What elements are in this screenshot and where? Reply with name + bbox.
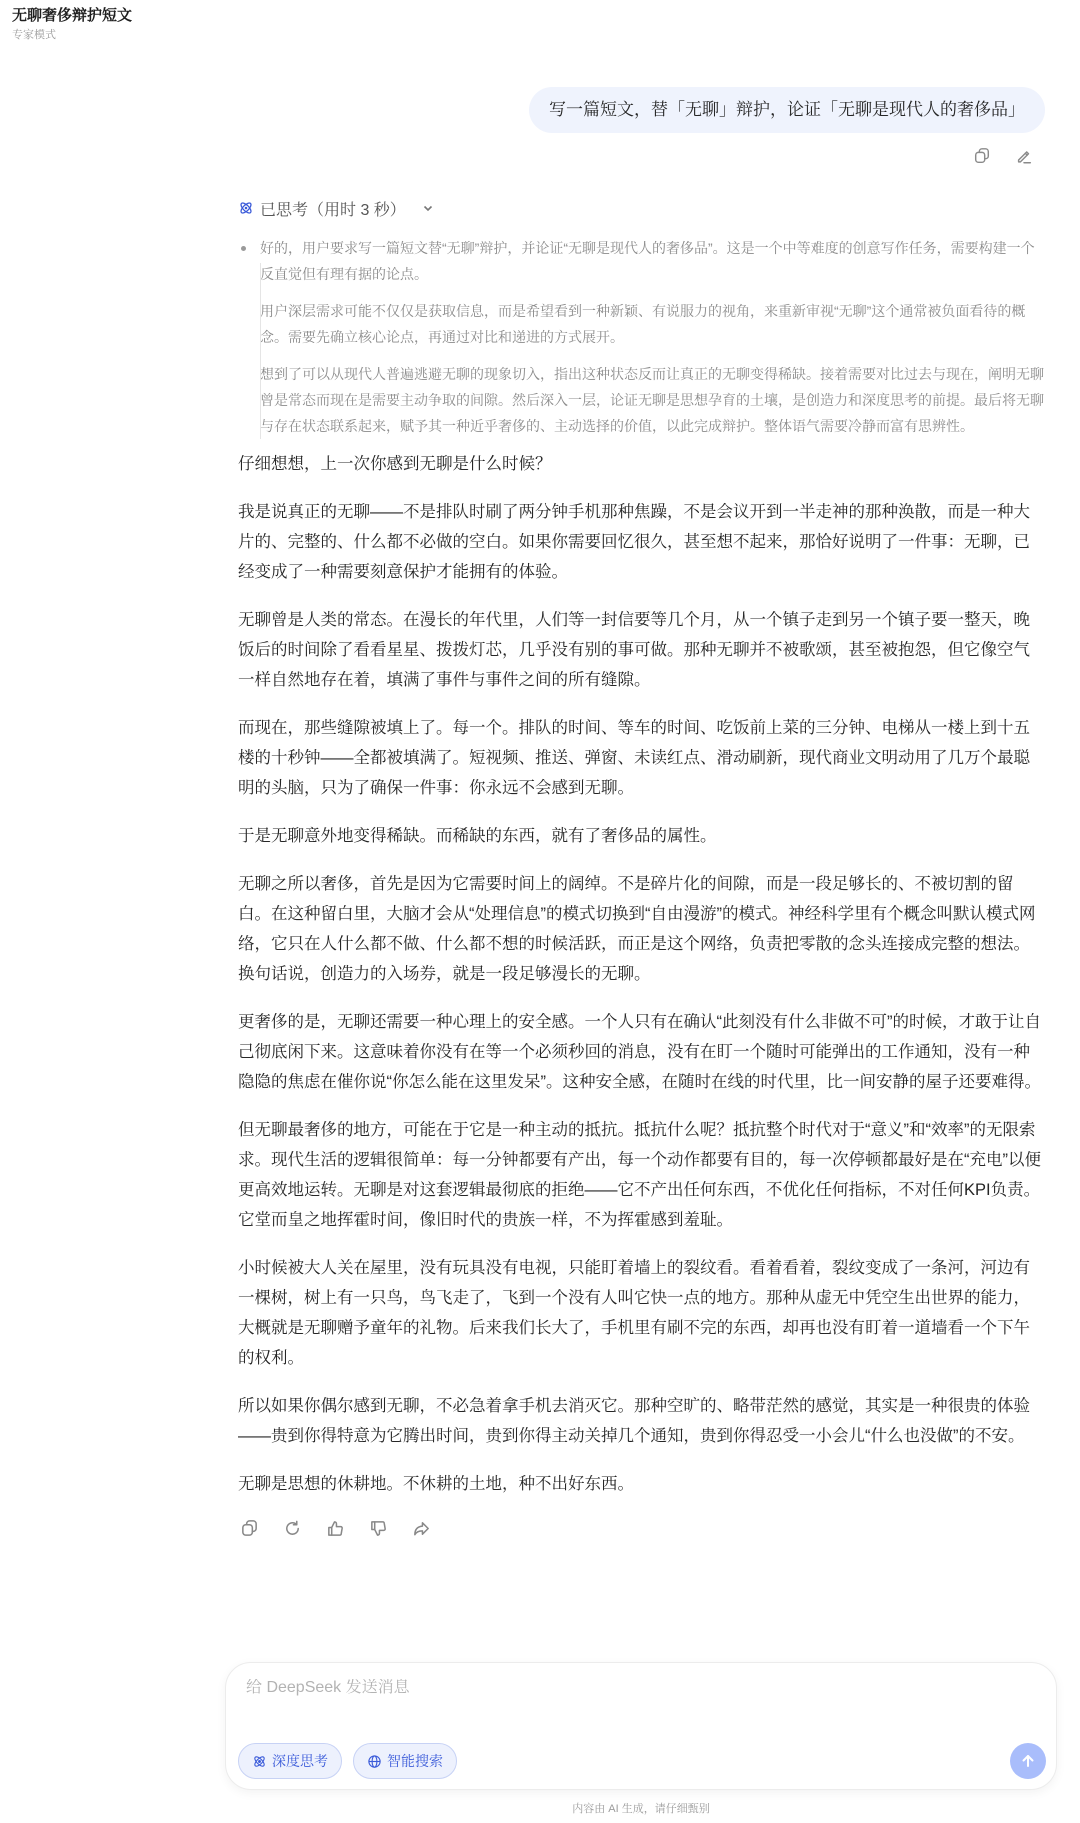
copy-icon[interactable]	[971, 145, 993, 167]
thumbs-down-icon[interactable]	[367, 1517, 389, 1539]
send-button[interactable]	[1010, 1743, 1046, 1779]
deep-think-toggle[interactable]: 深度思考	[238, 1743, 342, 1779]
thinking-paragraph: 好的，用户要求写一篇短文替“无聊”辩护，并论证“无聊是现代人的奢侈品”。这是一个…	[260, 235, 1046, 287]
thumbs-up-icon[interactable]	[324, 1517, 346, 1539]
message-input[interactable]	[246, 1679, 1006, 1697]
answer-paragraph: 但无聊最奢侈的地方，可能在于它是一种主动的抵抗。抵抗什么呢？抵抗整个时代对于“意…	[238, 1115, 1046, 1235]
answer-paragraph: 更奢侈的是，无聊还需要一种心理上的安全感。一个人只有在确认“此刻没有什么非做不可…	[238, 1007, 1046, 1097]
regenerate-icon[interactable]	[281, 1517, 303, 1539]
thinking-paragraph: 用户深层需求可能不仅仅是获取信息，而是希望看到一种新颖、有说服力的视角，来重新审…	[260, 298, 1046, 350]
deep-think-icon	[238, 200, 254, 216]
deep-think-icon	[252, 1754, 267, 1769]
answer-paragraph: 无聊曾是人类的常态。在漫长的年代里，人们等一封信要等几个月，从一个镇子走到另一个…	[238, 605, 1046, 695]
share-icon[interactable]	[410, 1517, 432, 1539]
user-message-bubble: 写一篇短文，替「无聊」辩护，论证「无聊是现代人的奢侈品」	[529, 87, 1045, 133]
thinking-toggle[interactable]: 已思考（用时 3 秒）	[238, 195, 434, 221]
thinking-rail	[260, 263, 261, 439]
answer-paragraph: 所以如果你偶尔感到无聊，不必急着拿手机去消灭它。那种空旷的、略带茫然的感觉，其实…	[238, 1391, 1046, 1451]
answer-paragraph: 仔细想想，上一次你感到无聊是什么时候？	[238, 449, 1046, 479]
ai-disclaimer: 内容由 AI 生成，请仔细甄别	[0, 1800, 1080, 1816]
user-message-actions	[971, 145, 1035, 167]
answer-actions	[238, 1517, 1046, 1539]
smart-search-label: 智能搜索	[387, 1751, 443, 1771]
user-message: 写一篇短文，替「无聊」辩护，论证「无聊是现代人的奢侈品」	[529, 87, 1045, 133]
answer-paragraph: 小时候被大人关在屋里，没有玩具没有电视，只能盯着墙上的裂纹看。看着看着，裂纹变成…	[238, 1253, 1046, 1373]
mode-label: 专家模式	[12, 27, 132, 43]
chat-title: 无聊奢侈辩护短文	[12, 6, 132, 26]
globe-icon	[367, 1754, 382, 1769]
answer-paragraph: 无聊之所以奢侈，首先是因为它需要时间上的阔绰。不是碎片化的间隙，而是一段足够长的…	[238, 869, 1046, 989]
edit-icon[interactable]	[1013, 145, 1035, 167]
chevron-down-icon	[422, 202, 434, 214]
thinking-header-label: 已思考（用时 3 秒）	[260, 197, 406, 220]
copy-icon[interactable]	[238, 1517, 260, 1539]
message-composer: 深度思考 智能搜索	[225, 1662, 1057, 1790]
composer-toggles: 深度思考 智能搜索	[238, 1743, 457, 1779]
answer-paragraph: 而现在，那些缝隙被填上了。每一个。排队的时间、等车的时间、吃饭前上菜的三分钟、电…	[238, 713, 1046, 803]
smart-search-toggle[interactable]: 智能搜索	[353, 1743, 457, 1779]
assistant-message: 已思考（用时 3 秒） 好的，用户要求写一篇短文替“无聊”辩护，并论证“无聊是现…	[238, 195, 1046, 1539]
thinking-content: 好的，用户要求写一篇短文替“无聊”辩护，并论证“无聊是现代人的奢侈品”。这是一个…	[238, 235, 1046, 439]
bullet-dot	[241, 246, 246, 251]
arrow-up-icon	[1020, 1753, 1036, 1769]
thinking-paragraph: 想到了可以从现代人普遍逃避无聊的现象切入，指出这种状态反而让真正的无聊变得稀缺。…	[260, 361, 1046, 439]
answer-paragraph: 于是无聊意外地变得稀缺。而稀缺的东西，就有了奢侈品的属性。	[238, 821, 1046, 851]
answer-paragraph: 无聊是思想的休耕地。不休耕的土地，种不出好东西。	[238, 1469, 1046, 1499]
chat-header: 无聊奢侈辩护短文 专家模式	[12, 6, 132, 43]
deep-think-label: 深度思考	[272, 1751, 328, 1771]
answer-content: 仔细想想，上一次你感到无聊是什么时候？ 我是说真正的无聊——不是排队时刷了两分钟…	[238, 449, 1046, 1499]
answer-paragraph: 我是说真正的无聊——不是排队时刷了两分钟手机那种焦躁，不是会议开到一半走神的那种…	[238, 497, 1046, 587]
